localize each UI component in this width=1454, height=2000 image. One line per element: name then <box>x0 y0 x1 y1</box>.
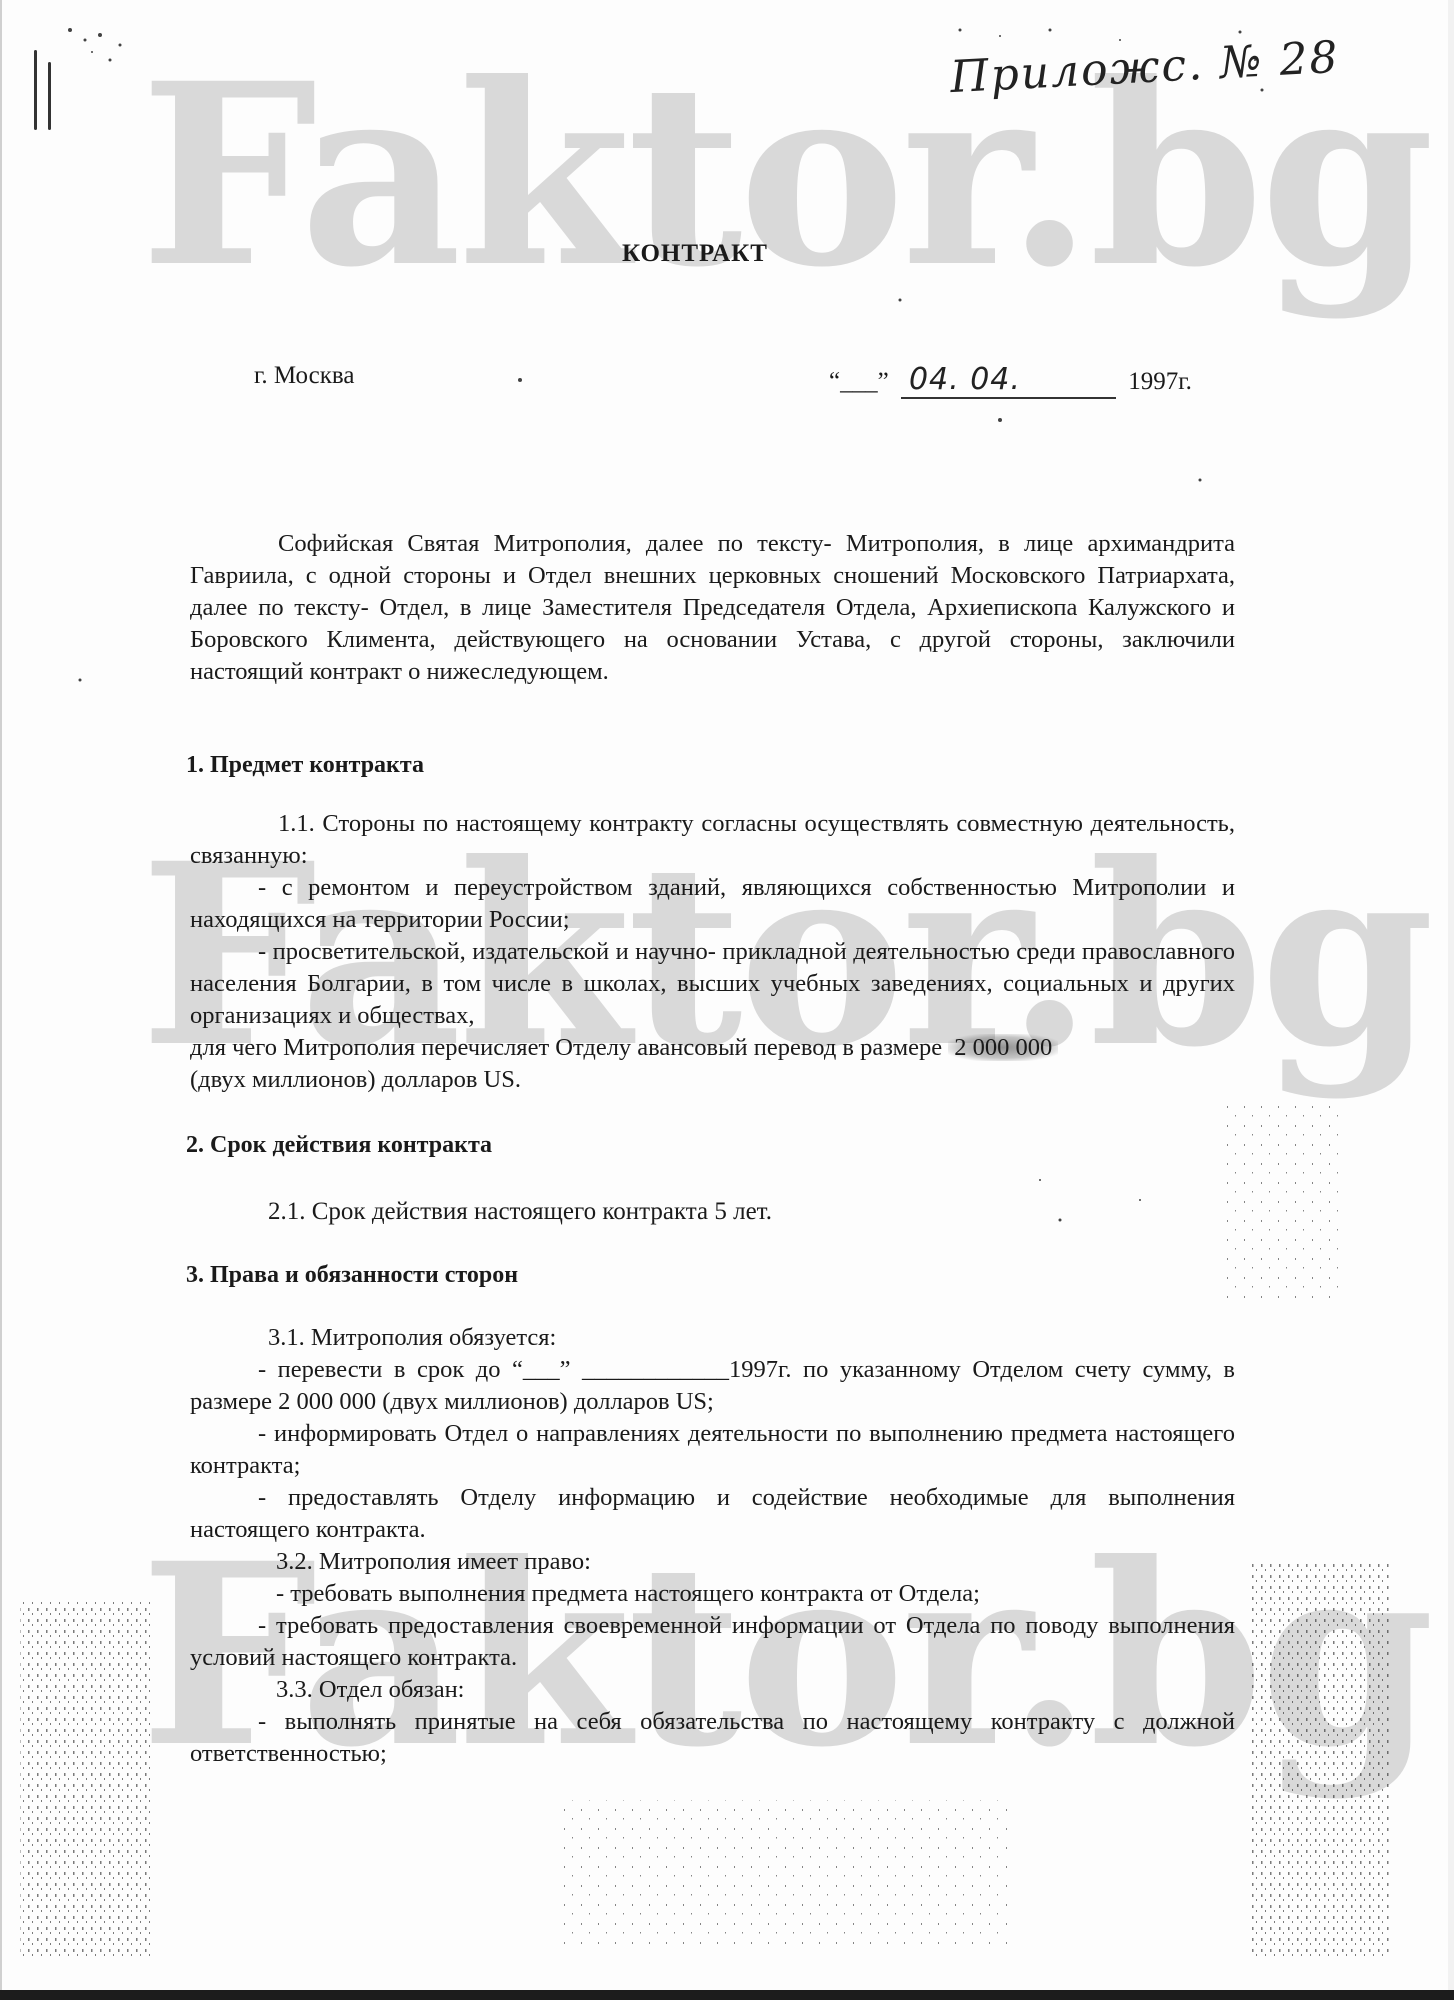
margin-marks <box>34 50 62 135</box>
clause-3-2-item-2: - требовать предоставления своевременной… <box>190 1610 1235 1674</box>
clause-3-3: 3.3. Отдел обязан: <box>276 1674 1321 1706</box>
place: г. Москва <box>254 362 354 390</box>
date-handwritten: 04. 04. <box>901 362 1116 399</box>
clause-2-1: 2.1. Срок действия настоящего контракта … <box>268 1196 1313 1228</box>
payment-amount: 2 000 000 <box>948 1034 1058 1061</box>
clause-1-1-item-1: - с ремонтом и переустройством зданий, я… <box>190 872 1235 936</box>
contract-date: “___” 04. 04. 1997г. <box>829 362 1192 399</box>
preamble: Софийская Святая Митрополия, далее по те… <box>190 528 1235 688</box>
clause-3-2: 3.2. Митрополия имеет право: <box>276 1546 1321 1578</box>
transfer-deadline-text: - перевести в срок до “___” ____________ <box>258 1356 729 1383</box>
clause-1-1: 1.1. Стороны по настоящему контракту сог… <box>190 808 1235 872</box>
document-title: КОНТРАКТ <box>0 240 1390 268</box>
clause-1-1-item-2: - просветительской, издательской и научн… <box>190 936 1235 1032</box>
clause-3-3-item-1: - выполнять принятые на себя обязательст… <box>190 1706 1235 1770</box>
section-heading-1: 1. Предмет контракта <box>186 752 424 779</box>
section-heading-2: 2. Срок действия контракта <box>186 1132 492 1159</box>
clause-3-2-item-1: - требовать выполнения предмета настояще… <box>276 1578 1236 1610</box>
date-year: 1997г. <box>1128 368 1192 395</box>
payment-text-after: (двух миллионов) долларов US. <box>190 1066 521 1093</box>
clause-3-1-item-2: - информировать Отдел о направлениях дея… <box>190 1418 1235 1482</box>
clause-3-1-item-1: - перевести в срок до “___” ____________… <box>190 1354 1235 1418</box>
clause-1-1-payment: для чего Митрополия перечисляет Отделу а… <box>190 1032 1235 1096</box>
handwritten-annotation: Приложс. № 28 <box>949 32 1341 103</box>
payment-text: для чего Митрополия перечисляет Отделу а… <box>190 1034 942 1061</box>
section-heading-3: 3. Права и обязанности сторон <box>186 1262 518 1289</box>
clause-3-1-item-3: - предоставлять Отделу информацию и соде… <box>190 1482 1235 1546</box>
document-content: Приложс. № 28 КОНТРАКТ г. Москва “___” 0… <box>0 0 1454 2000</box>
date-day-blank: “___” <box>829 368 889 395</box>
clause-3-1: 3.1. Митрополия обязуется: <box>268 1322 1313 1354</box>
